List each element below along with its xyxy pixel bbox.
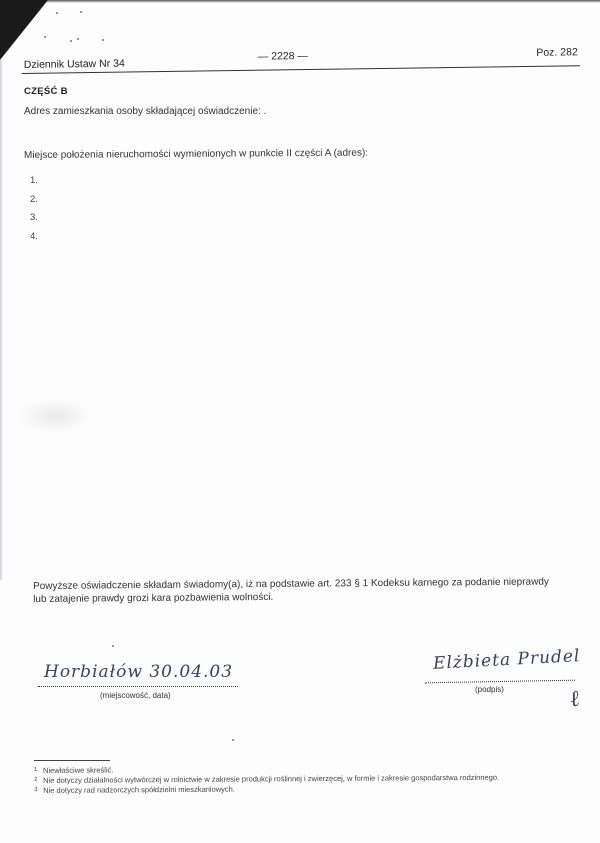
property-list-item: 4. <box>30 228 38 247</box>
signature-block: Elżbieta Prudel (podpis) <box>425 646 575 706</box>
scan-artifact <box>16 398 94 434</box>
page-number: — 2228 — <box>258 50 308 63</box>
property-list-item: 2. <box>30 191 38 210</box>
property-list: 1. 2. 3. 4. <box>30 172 38 246</box>
scan-speck <box>102 39 104 41</box>
legal-statement: Powyższe oświadczenie składam świadomy(a… <box>33 575 563 606</box>
scan-speck <box>77 38 79 40</box>
footnotes: 1Niewłaściwe skreślić. 2Nie dotyczy dzia… <box>34 762 574 796</box>
page-header: Dziennik Ustaw Nr 34 — 2228 — Poz. 282 <box>22 40 580 74</box>
signature-caption: (podpis) <box>475 685 504 694</box>
scan-speck <box>112 645 114 647</box>
scan-speck <box>80 11 82 13</box>
journal-name: Dziennik Ustaw Nr 34 <box>24 58 125 71</box>
scan-speck <box>56 12 58 14</box>
property-list-item: 3. <box>30 209 38 228</box>
property-location-label: Miejsce położenia nieruchomości wymienio… <box>24 148 368 161</box>
position-number: Poz. 282 <box>536 46 578 59</box>
scan-speck <box>44 36 46 38</box>
place-date-handwritten: Horbiałów 30.04.03 <box>44 662 233 682</box>
scan-left-edge <box>0 60 3 580</box>
place-date-caption: (miejscowość, data) <box>100 691 171 700</box>
signature-line <box>425 680 575 684</box>
footnote-rule <box>34 760 110 761</box>
initials-mark: ℓ <box>568 685 583 712</box>
section-title: CZĘŚĆ B <box>24 86 68 97</box>
scan-edge-shadow <box>0 0 600 3</box>
signature-handwritten: Elżbieta Prudel <box>433 646 581 674</box>
scan-speck <box>70 40 72 42</box>
property-list-item: 1. <box>30 172 38 191</box>
residence-address-label: Adres zamieszkania osoby składającej ośw… <box>24 106 266 117</box>
scan-speck <box>232 739 234 741</box>
document-page: Dziennik Ustaw Nr 34 — 2228 — Poz. 282 C… <box>0 0 600 843</box>
place-date-line <box>38 686 238 687</box>
